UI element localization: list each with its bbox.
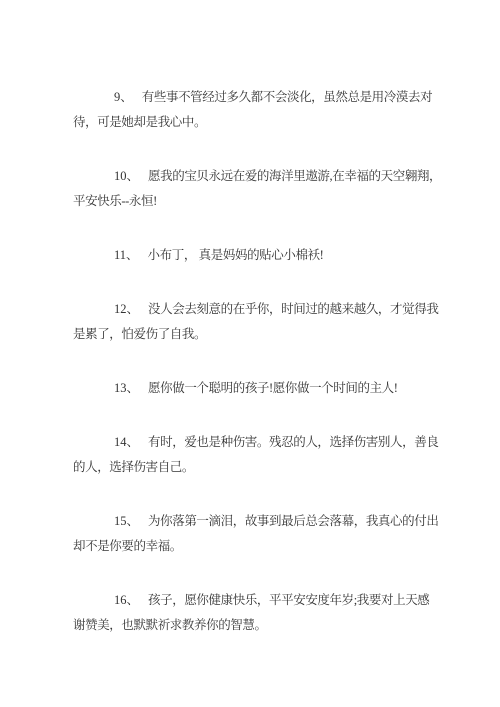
quote-paragraph-12: 12、没人会去刻意的在乎你，时间过的越来越久，才觉得我 是累了，怕爱伤了自我。 xyxy=(73,297,444,347)
paragraph-first-line: 13、愿你做一个聪明的孩子!愿你做一个时间的主人! xyxy=(73,376,444,401)
paragraph-text: 有时，爱也是种伤害。残忍的人，选择伤害别人，善良 xyxy=(148,435,438,449)
quote-paragraph-15: 15、为你落第一滴泪，故事到最后总会落幕，我真心的付出 却不是你要的幸福。 xyxy=(73,509,444,559)
paragraph-first-line: 16、孩子，愿你健康快乐，平平安安度年岁;我要对上天感 xyxy=(73,588,444,613)
paragraph-text: 小布丁， 真是妈妈的贴心小棉袄! xyxy=(148,248,324,262)
paragraph-text: 没人会去刻意的在乎你，时间过的越来越久，才觉得我 xyxy=(148,302,438,316)
list-number: 15、 xyxy=(114,514,139,528)
list-number: 13、 xyxy=(114,381,139,395)
paragraph-wrap-line: 待，可是她却是我心中。 xyxy=(73,110,444,135)
paragraph-first-line: 12、没人会去刻意的在乎你，时间过的越来越久，才觉得我 xyxy=(73,297,444,322)
paragraph-text: 愿我的宝贝永远在爱的海洋里遨游,在幸福的天空翱翔， xyxy=(148,169,441,183)
paragraph-text: 为你落第一滴泪，故事到最后总会落幕，我真心的付出 xyxy=(148,514,438,528)
paragraph-first-line: 15、为你落第一滴泪，故事到最后总会落幕，我真心的付出 xyxy=(73,509,444,534)
quote-paragraph-14: 14、有时，爱也是种伤害。残忍的人，选择伤害别人，善良 的人，选择伤害自己。 xyxy=(73,430,444,480)
paragraph-first-line: 10、愿我的宝贝永远在爱的海洋里遨游,在幸福的天空翱翔， xyxy=(73,164,444,189)
paragraph-wrap-line: 平安快乐--永恒! xyxy=(73,189,444,214)
list-number: 9、 xyxy=(114,90,133,104)
paragraph-first-line: 9、有些事不管经过多久都不会淡化，虽然总是用冷漠去对 xyxy=(73,85,444,110)
paragraph-text: 愿你做一个聪明的孩子!愿你做一个时间的主人! xyxy=(148,381,398,395)
list-number: 10、 xyxy=(114,169,139,183)
paragraph-wrap-line: 是累了，怕爱伤了自我。 xyxy=(73,322,444,347)
paragraph-first-line: 14、有时，爱也是种伤害。残忍的人，选择伤害别人，善良 xyxy=(73,430,444,455)
quote-paragraph-11: 11、小布丁， 真是妈妈的贴心小棉袄! xyxy=(73,243,444,268)
quote-paragraph-13: 13、愿你做一个聪明的孩子!愿你做一个时间的主人! xyxy=(73,376,444,401)
quote-paragraph-9: 9、有些事不管经过多久都不会淡化，虽然总是用冷漠去对 待，可是她却是我心中。 xyxy=(73,85,444,135)
document-page: 9、有些事不管经过多久都不会淡化，虽然总是用冷漠去对 待，可是她却是我心中。 1… xyxy=(0,0,500,707)
paragraph-first-line: 11、小布丁， 真是妈妈的贴心小棉袄! xyxy=(73,243,444,268)
paragraph-wrap-line: 谢赞美，也默默祈求教养你的智慧。 xyxy=(73,613,444,638)
paragraph-wrap-line: 的人，选择伤害自己。 xyxy=(73,455,444,480)
list-number: 11、 xyxy=(114,248,139,262)
quote-paragraph-16: 16、孩子，愿你健康快乐，平平安安度年岁;我要对上天感 谢赞美，也默默祈求教养你… xyxy=(73,588,444,638)
paragraph-wrap-line: 却不是你要的幸福。 xyxy=(73,534,444,559)
list-number: 12、 xyxy=(114,302,139,316)
paragraph-text: 有些事不管经过多久都不会淡化，虽然总是用冷漠去对 xyxy=(142,90,432,104)
quote-paragraph-10: 10、愿我的宝贝永远在爱的海洋里遨游,在幸福的天空翱翔， 平安快乐--永恒! xyxy=(73,164,444,214)
list-number: 16、 xyxy=(114,593,139,607)
list-number: 14、 xyxy=(114,435,139,449)
paragraph-text: 孩子，愿你健康快乐，平平安安度年岁;我要对上天感 xyxy=(148,593,429,607)
